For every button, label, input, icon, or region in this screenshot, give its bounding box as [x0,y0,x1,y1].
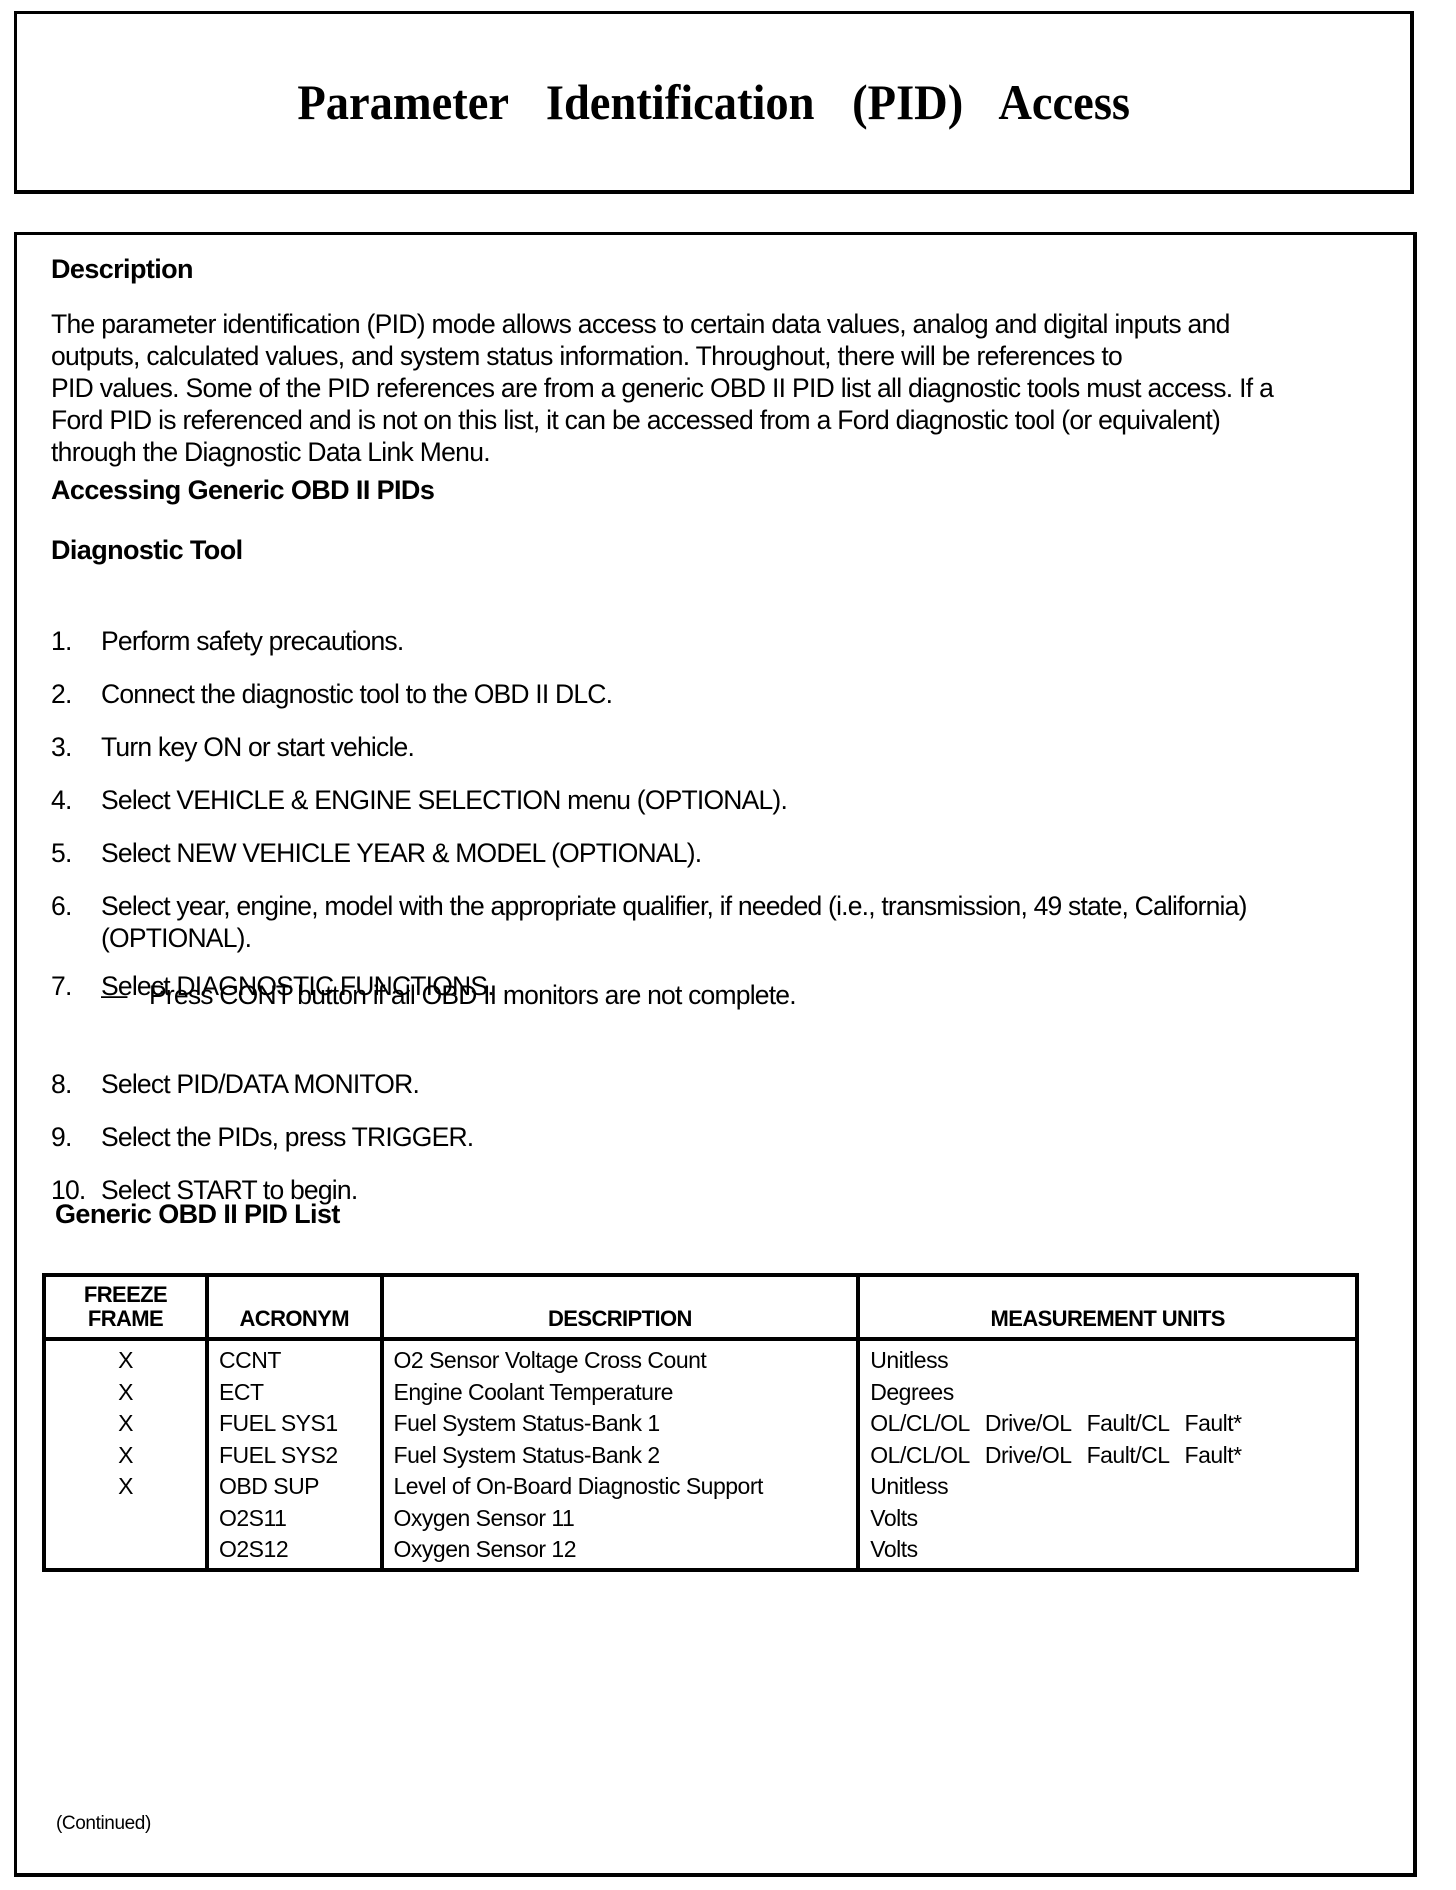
measurement-units-cell: Volts [858,1503,1357,1535]
table-body: XCCNTO2 Sensor Voltage Cross CountUnitle… [44,1339,1357,1570]
pid-table: FREEZEFRAME ACRONYM DESCRIPTION MEASUREM… [42,1273,1359,1572]
step-item: 5.Select NEW VEHICLE YEAR & MODEL (OPTIO… [51,837,701,869]
acronym-cell: FUEL SYS2 [207,1440,382,1472]
acronym-cell: CCNT [207,1339,382,1377]
page-title: Parameter Identification (PID) Access [297,73,1130,131]
acronym-cell: O2S12 [207,1534,382,1570]
table-row: O2S12Oxygen Sensor 12Volts [44,1534,1357,1570]
step-number: 3. [51,731,101,763]
step-item: 2.Connect the diagnostic tool to the OBD… [51,678,612,710]
step-item: 8.Select PID/DATA MONITOR. [51,1068,419,1100]
description-paragraph: The parameter identification (PID) mode … [51,308,1391,468]
acronym-cell: FUEL SYS1 [207,1408,382,1440]
step-text: Select PID/DATA MONITOR. [101,1068,419,1100]
step-text: Select VEHICLE & ENGINE SELECTION menu (… [101,784,787,816]
freeze-frame-cell: X [44,1440,207,1472]
description-heading: Description [51,254,193,285]
measurement-units-cell: Volts [858,1534,1357,1570]
measurement-units-cell: Unitless [858,1471,1357,1503]
measurement-units-cell: Unitless [858,1339,1357,1377]
header-measurement-units: MEASUREMENT UNITS [858,1275,1357,1339]
step-text: Select year, engine, model with the appr… [101,890,1247,954]
description-cell: Oxygen Sensor 12 [382,1534,859,1570]
step-number: 7. [51,970,101,1002]
accessing-heading: Accessing Generic OBD II PIDs [51,475,434,506]
freeze-frame-cell [44,1534,207,1570]
title-box: Parameter Identification (PID) Access [14,11,1414,194]
description-cell: Oxygen Sensor 11 [382,1503,859,1535]
table-header-row: FREEZEFRAME ACRONYM DESCRIPTION MEASUREM… [44,1275,1357,1339]
step-item: 1.Perform safety precautions. [51,625,403,657]
measurement-units-cell: OL/CL/OLDrive/OLFault/CLFault* [858,1440,1357,1472]
content-box: Description The parameter identification… [14,232,1417,1877]
description-cell: Fuel System Status-Bank 1 [382,1408,859,1440]
step-text: Perform safety precautions. [101,625,403,657]
table-row: XECTEngine Coolant TemperatureDegrees [44,1377,1357,1409]
freeze-frame-cell: X [44,1377,207,1409]
step-item: 3.Turn key ON or start vehicle. [51,731,414,763]
step-text: Turn key ON or start vehicle. [101,731,414,763]
acronym-cell: ECT [207,1377,382,1409]
step-item: 6.Select year, engine, model with the ap… [51,890,1247,954]
header-freeze-frame: FREEZEFRAME [44,1275,207,1339]
freeze-frame-cell [44,1503,207,1535]
acronym-cell: OBD SUP [207,1471,382,1503]
description-line: PID values. Some of the PID references a… [51,372,1391,404]
sub-step-text: Press CONT button if all OBD II monitors… [149,980,796,1010]
header-description: DESCRIPTION [382,1275,859,1339]
step-text: Select NEW VEHICLE YEAR & MODEL (OPTIONA… [101,837,701,869]
sub-step: —Press CONT button if all OBD II monitor… [101,980,796,1011]
table-row: XFUEL SYS1Fuel System Status-Bank 1OL/CL… [44,1408,1357,1440]
diagnostic-tool-heading: Diagnostic Tool [51,535,243,566]
description-line: outputs, calculated values, and system s… [51,340,1391,372]
description-cell: Fuel System Status-Bank 2 [382,1440,859,1472]
table-row: O2S11Oxygen Sensor 11Volts [44,1503,1357,1535]
table-row: XCCNTO2 Sensor Voltage Cross CountUnitle… [44,1339,1357,1377]
table-row: XOBD SUPLevel of On-Board Diagnostic Sup… [44,1471,1357,1503]
step-item: 9.Select the PIDs, press TRIGGER. [51,1121,473,1153]
acronym-cell: O2S11 [207,1503,382,1535]
continued-note: (Continued) [56,1813,151,1835]
description-line: The parameter identification (PID) mode … [51,308,1391,340]
freeze-frame-cell: X [44,1471,207,1503]
description-cell: O2 Sensor Voltage Cross Count [382,1339,859,1377]
description-cell: Engine Coolant Temperature [382,1377,859,1409]
table-row: XFUEL SYS2Fuel System Status-Bank 2OL/CL… [44,1440,1357,1472]
description-cell: Level of On-Board Diagnostic Support [382,1471,859,1503]
measurement-units-cell: OL/CL/OLDrive/OLFault/CLFault* [858,1408,1357,1440]
description-line: Ford PID is referenced and is not on thi… [51,404,1391,436]
step-number: 4. [51,784,101,816]
step-number: 8. [51,1068,101,1100]
step-text: Connect the diagnostic tool to the OBD I… [101,678,612,710]
measurement-units-cell: Degrees [858,1377,1357,1409]
step-number: 2. [51,678,101,710]
freeze-frame-cell: X [44,1339,207,1377]
step-text: Select the PIDs, press TRIGGER. [101,1121,473,1153]
description-line: through the Diagnostic Data Link Menu. [51,436,1391,468]
header-acronym: ACRONYM [207,1275,382,1339]
dash: — [101,980,149,1011]
step-number: 6. [51,890,101,922]
step-item: 4.Select VEHICLE & ENGINE SELECTION menu… [51,784,787,816]
step-number: 1. [51,625,101,657]
pid-list-heading: Generic OBD II PID List [55,1199,340,1230]
step-number: 5. [51,837,101,869]
step-number: 9. [51,1121,101,1153]
freeze-frame-cell: X [44,1408,207,1440]
